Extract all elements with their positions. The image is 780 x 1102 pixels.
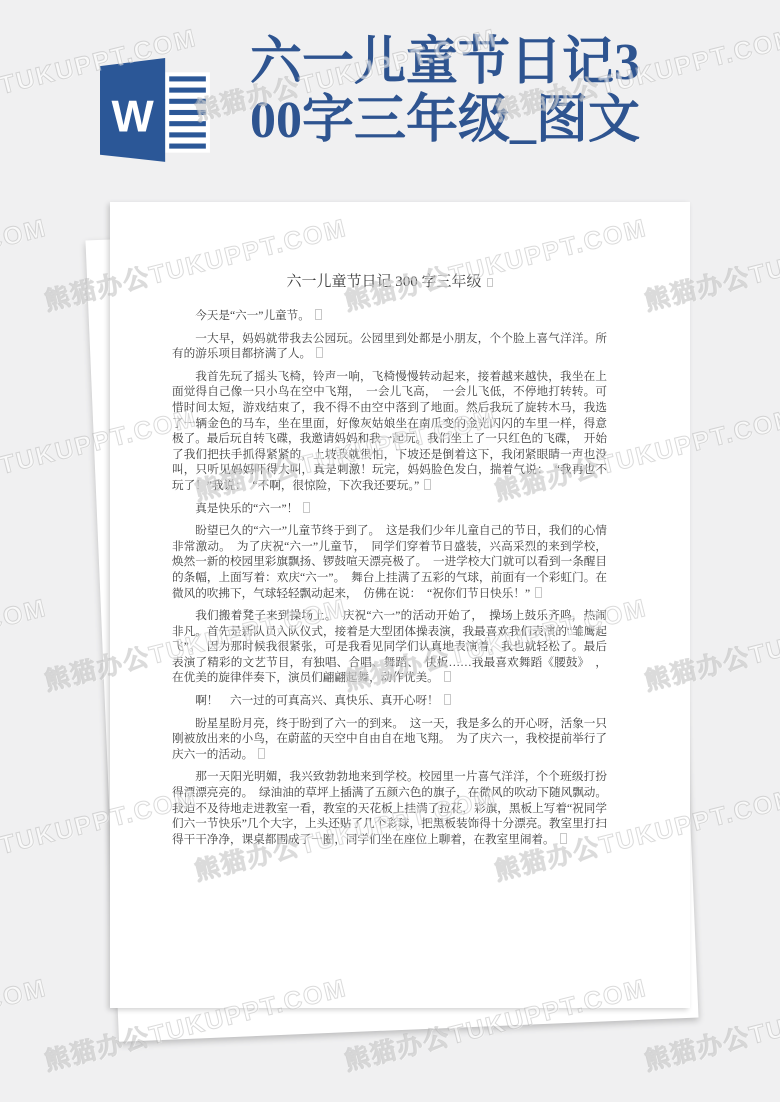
- document-title: 六一儿童节日记 300 字三年级: [172, 270, 607, 291]
- doc-paragraph-text: 盼星星盼月亮，终于盼到了六一的到来。 这一天，我是多么的开心呀，活象一只刚被放出…: [172, 717, 607, 761]
- paragraph-mark-icon: [315, 309, 322, 320]
- paragraph-mark-icon: [444, 671, 451, 682]
- word-icon-letter: W: [111, 91, 154, 141]
- doc-paragraph-text: 今天是“六一”儿童节。: [195, 309, 310, 322]
- paragraph-mark-icon: [303, 502, 310, 513]
- paragraph-mark-icon: [487, 278, 493, 287]
- paragraph-mark-icon: [424, 479, 431, 490]
- doc-paragraph-text: 我首先玩了摇头飞椅，铃声一响，飞椅慢慢转动起来，接着越来越快，我坐在上面觉得自己…: [172, 370, 607, 492]
- doc-paragraph-text: 我们搬着凳子来到操场上。 庆祝“六一”的活动开始了， 操场上鼓乐齐鸣，热闹非凡。…: [172, 609, 607, 684]
- page-title: 六一儿童节日记3 00字三年级_图文: [250, 34, 680, 150]
- page-title-line2: 00字三年级_图文: [250, 92, 680, 150]
- document-page: 六一儿童节日记 300 字三年级 今天是“六一”儿童节。一大早，妈妈就带我去公园…: [110, 202, 690, 1008]
- doc-paragraph: 我首先玩了摇头飞椅，铃声一响，飞椅慢慢转动起来，接着越来越快，我坐在上面觉得自己…: [172, 369, 607, 494]
- doc-paragraph: 盼星星盼月亮，终于盼到了六一的到来。 这一天，我是多么的开心呀，活象一只刚被放出…: [172, 716, 607, 763]
- doc-paragraph-text: 一大早，妈妈就带我去公园玩。公园里到处都是小朋友，个个脸上喜气洋洋。所有的游乐项…: [172, 332, 607, 361]
- doc-paragraph: 那一天阳光明媚，我兴致勃勃地来到学校。校园里一片喜气洋洋，个个班级打扮得漂漂亮亮…: [172, 769, 607, 847]
- doc-paragraph: 我们搬着凳子来到操场上。 庆祝“六一”的活动开始了， 操场上鼓乐齐鸣，热闹非凡。…: [172, 608, 607, 686]
- document-body: 今天是“六一”儿童节。一大早，妈妈就带我去公园玩。公园里到处都是小朋友，个个脸上…: [172, 308, 607, 847]
- page-background: W 六一儿童节日记3 00字三年级_图文 六一儿童节日记 300 字三年级 今天…: [0, 0, 780, 1102]
- paragraph-mark-icon: [444, 694, 451, 705]
- document-title-text: 六一儿童节日记 300 字三年级: [286, 274, 481, 290]
- paragraph-mark-icon: [316, 347, 323, 358]
- watermark-text: 熊猫办公TUKUPPT.COM: [0, 968, 50, 1078]
- paragraph-mark-icon: [258, 748, 265, 759]
- watermark-text: 熊猫办公TUKUPPT.COM: [0, 588, 50, 698]
- word-icon: W: [100, 58, 214, 168]
- doc-paragraph-text: 真是快乐的“六一”！: [195, 502, 298, 515]
- doc-paragraph: 今天是“六一”儿童节。: [172, 308, 607, 324]
- header: W 六一儿童节日记3 00字三年级_图文: [0, 0, 780, 190]
- doc-paragraph: 啊！ 六一过的可真高兴、真快乐、真开心呀！: [172, 693, 607, 709]
- doc-paragraph: 真是快乐的“六一”！: [172, 501, 607, 517]
- doc-paragraph-text: 那一天阳光明媚，我兴致勃勃地来到学校。校园里一片喜气洋洋，个个班级打扮得漂漂亮亮…: [172, 770, 607, 845]
- doc-paragraph: 一大早，妈妈就带我去公园玩。公园里到处都是小朋友，个个脸上喜气洋洋。所有的游乐项…: [172, 331, 607, 362]
- page-title-line1: 六一儿童节日记3: [250, 34, 680, 92]
- doc-paragraph: 盼望已久的“六一”儿童节终于到了。 这是我们少年儿童自己的节日，我们的心情非常激…: [172, 523, 607, 601]
- watermark-text: 熊猫办公TUKUPPT.COM: [0, 208, 50, 318]
- paragraph-mark-icon: [535, 587, 542, 598]
- paragraph-mark-icon: [560, 833, 567, 844]
- doc-paragraph-text: 啊！ 六一过的可真高兴、真快乐、真开心呀！: [195, 694, 438, 707]
